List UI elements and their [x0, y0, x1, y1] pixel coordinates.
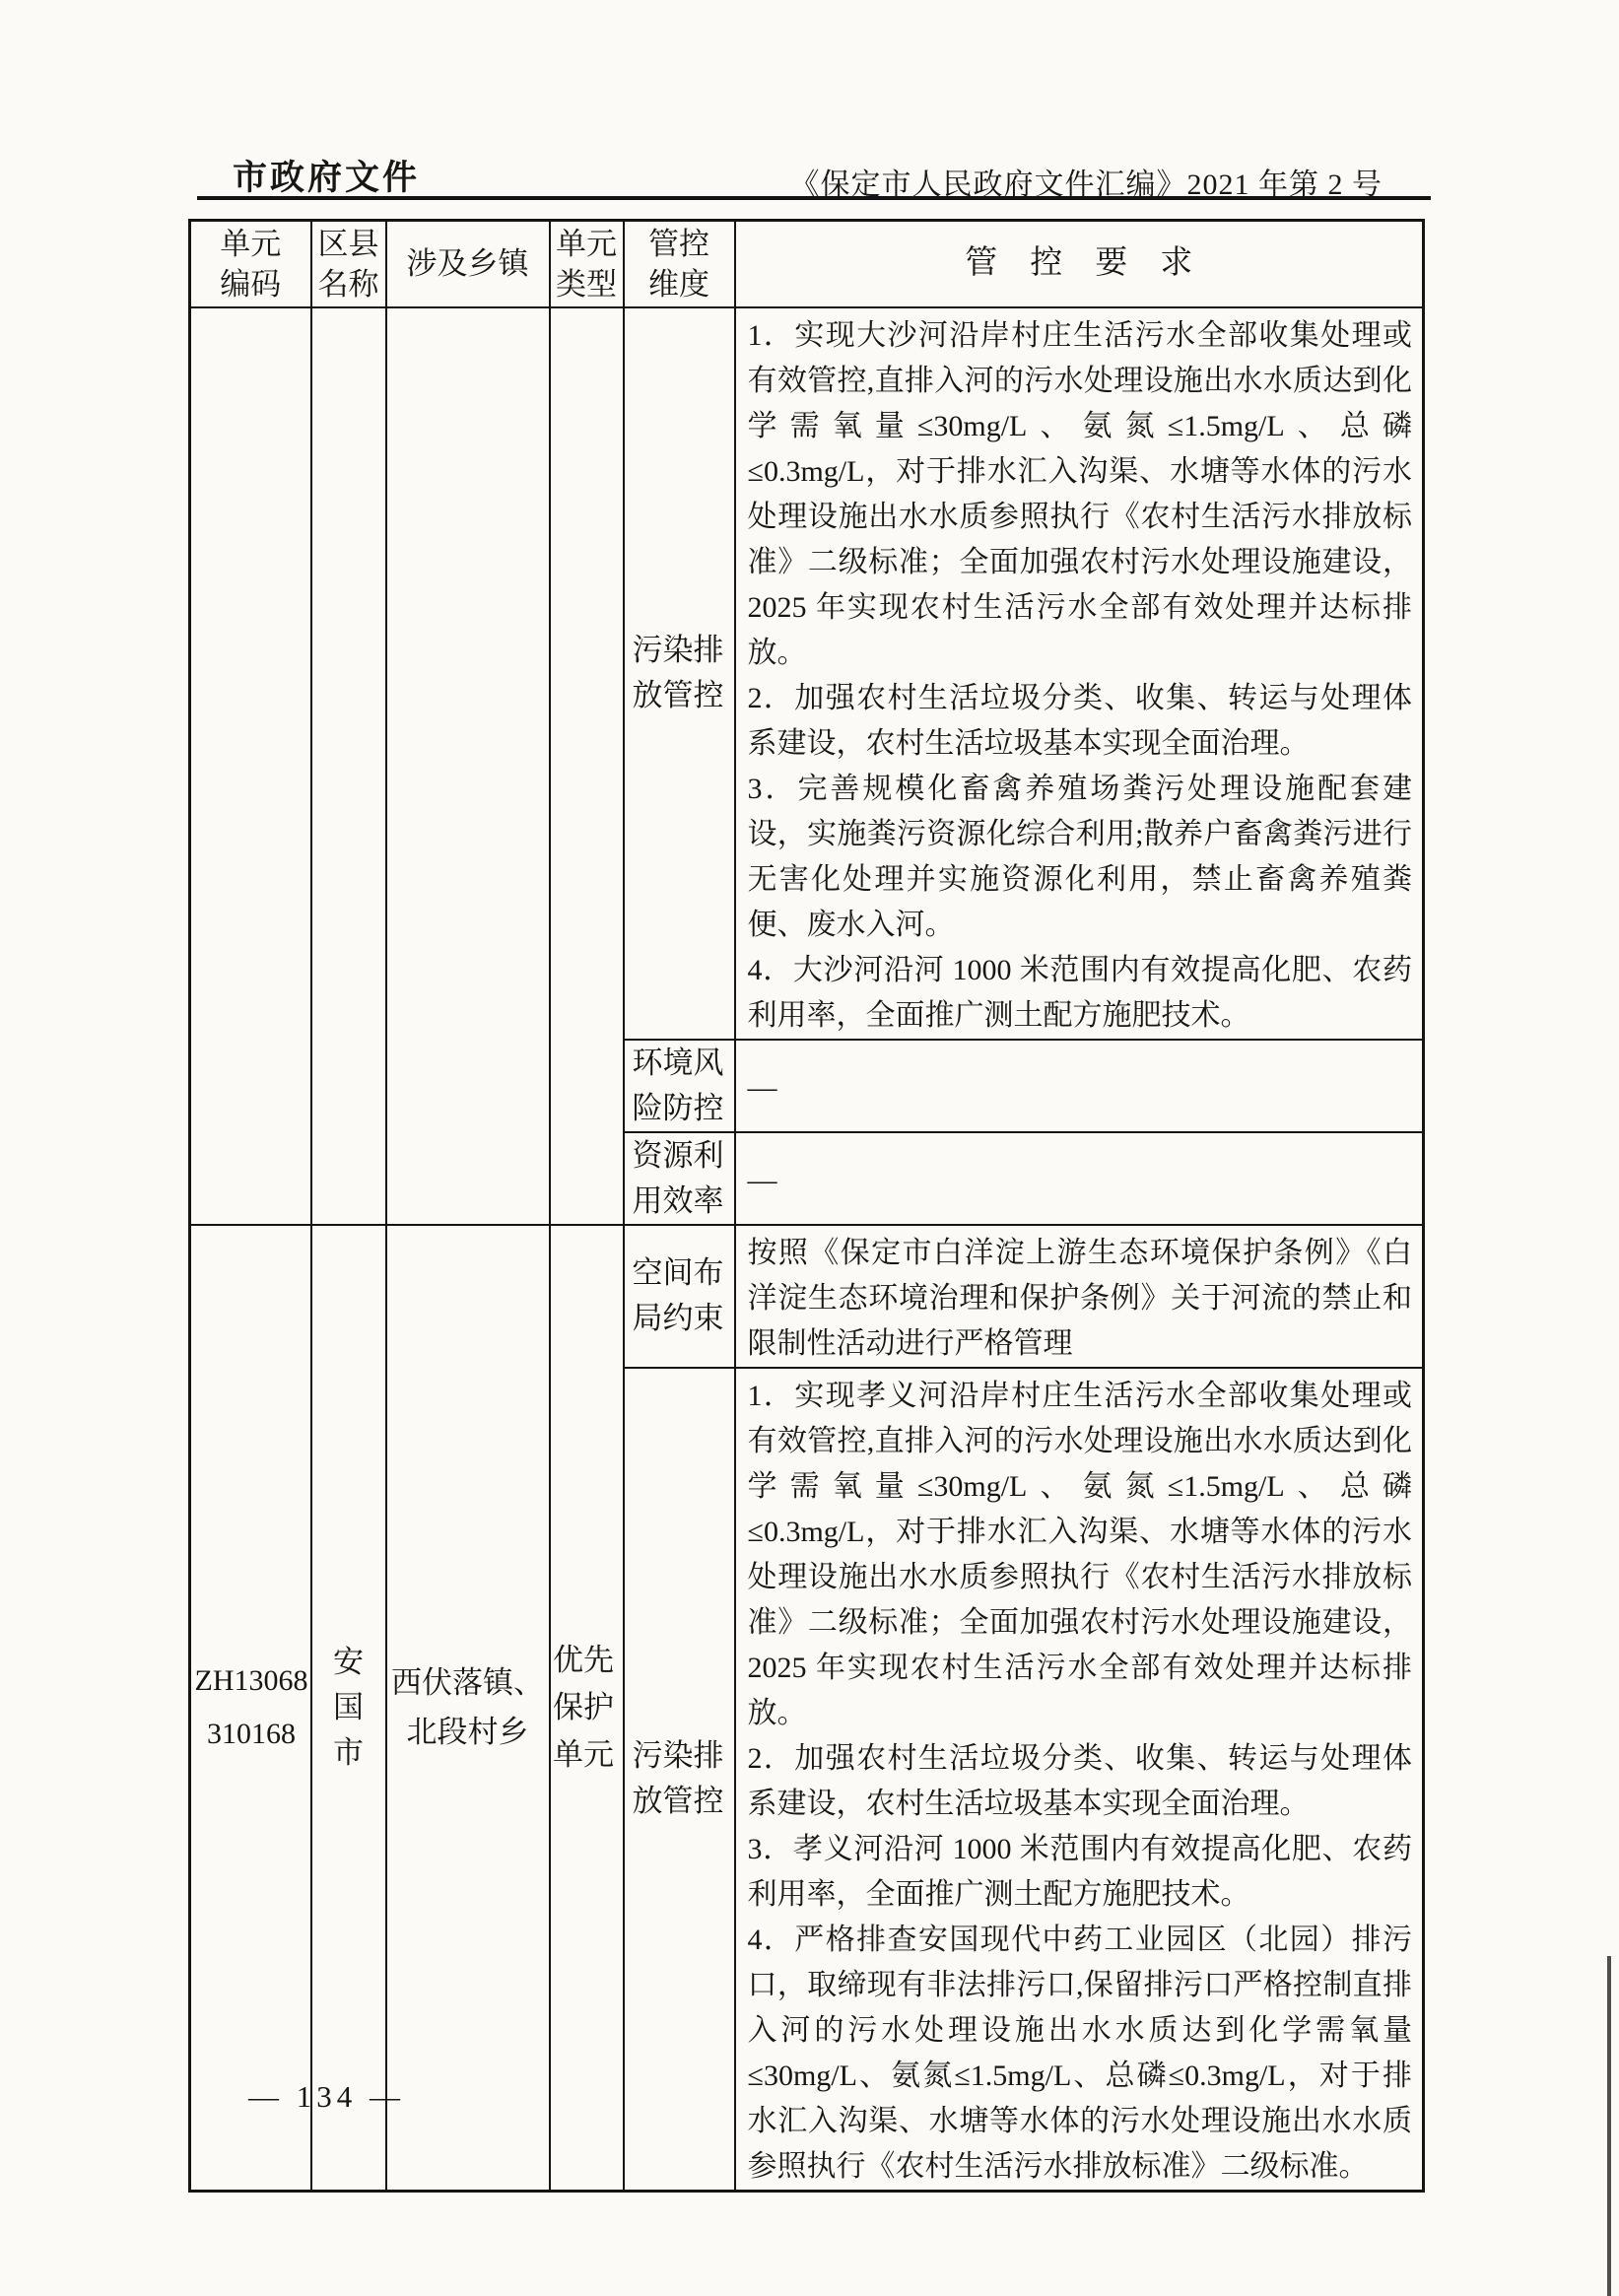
unit1-dimension-risk-cell: 环境风险防控	[624, 1040, 735, 1132]
requirement-paragraph: 2．加强农村生活垃圾分类、收集、转运与处理体系建设，农村生活垃圾基本实现全面治理…	[748, 676, 1413, 767]
unit1-requirements-pollution-cell: 1．实现大沙河沿岸村庄生活污水全部收集处理或有效管控,直排入河的污水处理设施出水…	[735, 307, 1424, 1040]
col-header-requirements-label: 管控要求	[736, 243, 1423, 284]
unit1-dimension-resource-label: 资源利用效率	[625, 1133, 727, 1224]
col-header-dimension-label: 管控维度	[646, 224, 711, 304]
unit1-towns-cell	[386, 307, 550, 1225]
col-header-unit-code: 单元编码	[190, 221, 311, 307]
unit1-dimension-pollution-label: 污染排放管控	[625, 628, 727, 718]
col-header-county: 区县名称	[311, 221, 386, 307]
unit2-code: ZH13068 310168	[191, 1654, 311, 1761]
unit2-county: 安国市	[331, 1640, 367, 1776]
requirement-dash: —	[748, 1065, 1413, 1111]
header-rule	[197, 196, 1431, 200]
requirement-paragraph: 2．加强农村生活垃圾分类、收集、转运与处理体系建设，农村生活垃圾基本实现全面治理…	[748, 1736, 1413, 1827]
unit2-towns: 西伏落镇、北段村乡	[389, 1658, 547, 1757]
document-page: 市政府文件 《保定市人民政府文件汇编》2021 年第 2 号 单元编码 区县名称…	[0, 0, 1619, 2296]
requirement-paragraph: 3．完善规模化畜禽养殖场粪污处理设施配套建设，实施粪污资源化综合利用;散养户畜禽…	[748, 767, 1413, 948]
requirement-dash: —	[748, 1158, 1413, 1203]
unit2-type-cell: 优先保护单元	[550, 1225, 624, 2192]
unit2-dimension-pollution-cell: 污染排放管控	[624, 1368, 735, 2192]
scan-artifact-line	[1607, 1956, 1611, 2296]
page-number: — 134 —	[248, 2079, 405, 2115]
unit2-dimension-spatial-cell: 空间布局约束	[624, 1225, 735, 1368]
unit2-type: 优先保护单元	[553, 1637, 620, 1779]
unit2-towns-cell: 西伏落镇、北段村乡	[386, 1225, 550, 2192]
unit1-county-cell	[311, 307, 386, 1225]
requirement-paragraph: 4．严格排查安国现代中药工业园区（北园）排污口，取缔现有非法排污口,保留排污口严…	[748, 1918, 1413, 2190]
col-header-unit-type: 单元类型	[550, 221, 624, 307]
col-header-county-label: 区县名称	[316, 224, 381, 304]
col-header-unit-code-label: 单元编码	[218, 224, 283, 304]
control-requirements-table: 单元编码 区县名称 涉及乡镇 单元类型 管控维度 管控要求 污染排放管控 1．实…	[188, 219, 1425, 2193]
table-row: 污染排放管控 1．实现大沙河沿岸村庄生活污水全部收集处理或有效管控,直排入河的污…	[190, 307, 1424, 1040]
requirement-paragraph: 1．实现大沙河沿岸村庄生活污水全部收集处理或有效管控,直排入河的污水处理设施出水…	[748, 313, 1413, 676]
col-header-towns: 涉及乡镇	[386, 221, 550, 307]
requirement-paragraph: 3．孝义河沿河 1000 米范围内有效提高化肥、农药利用率，全面推广测土配方施肥…	[748, 1827, 1413, 1918]
col-header-towns-label: 涉及乡镇	[387, 243, 549, 284]
unit2-county-cell: 安国市	[311, 1225, 386, 2192]
col-header-requirements: 管控要求	[735, 221, 1424, 307]
requirement-paragraph: 4．大沙河沿河 1000 米范围内有效提高化肥、农药利用率，全面推广测土配方施肥…	[748, 948, 1413, 1039]
unit2-requirements-spatial-cell: 按照《保定市白洋淀上游生态环境保护条例》《白洋淀生态环境治理和保护条例》关于河流…	[735, 1225, 1424, 1368]
unit1-requirements-resource-cell: —	[735, 1132, 1424, 1225]
requirement-paragraph: 1．实现孝义河沿岸村庄生活污水全部收集处理或有效管控,直排入河的污水处理设施出水…	[748, 1374, 1413, 1736]
unit1-code-cell	[190, 307, 311, 1225]
page-header-left: 市政府文件	[233, 151, 420, 200]
unit2-dimension-pollution-label: 污染排放管控	[625, 1733, 727, 1824]
unit1-type-cell	[550, 307, 624, 1225]
col-header-unit-type-label: 单元类型	[554, 224, 619, 304]
table-row: ZH13068 310168 安国市 西伏落镇、北段村乡 优先保护单元 空间布局…	[190, 1225, 1424, 1368]
unit1-dimension-pollution-cell: 污染排放管控	[624, 307, 735, 1040]
requirement-paragraph: 按照《保定市白洋淀上游生态环境保护条例》《白洋淀生态环境治理和保护条例》关于河流…	[748, 1231, 1413, 1367]
col-header-dimension: 管控维度	[624, 221, 735, 307]
unit2-requirements-pollution-cell: 1．实现孝义河沿岸村庄生活污水全部收集处理或有效管控,直排入河的污水处理设施出水…	[735, 1368, 1424, 2192]
unit1-dimension-resource-cell: 资源利用效率	[624, 1132, 735, 1225]
unit1-requirements-risk-cell: —	[735, 1040, 1424, 1132]
unit1-dimension-risk-label: 环境风险防控	[625, 1041, 727, 1131]
unit2-dimension-spatial-label: 空间布局约束	[625, 1250, 727, 1341]
unit2-code-cell: ZH13068 310168	[190, 1225, 311, 2192]
table-header-row: 单元编码 区县名称 涉及乡镇 单元类型 管控维度 管控要求	[190, 221, 1424, 307]
